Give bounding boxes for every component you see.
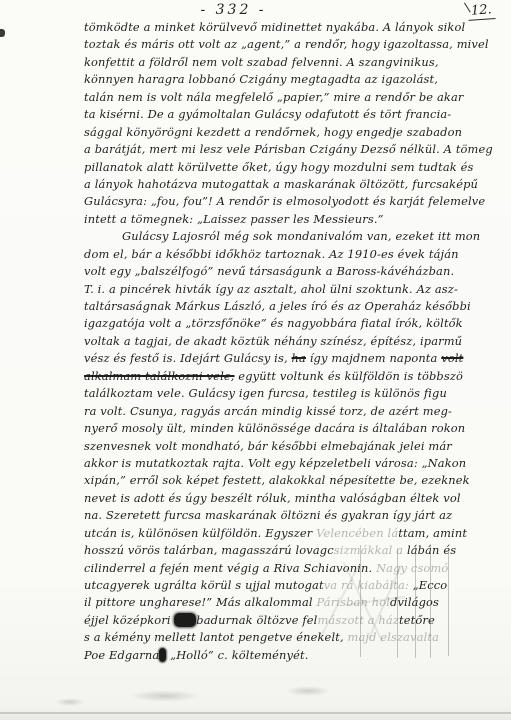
manuscript-page: - 332 - 12. tömködte a minket körülvevő … bbox=[0, 0, 511, 720]
manuscript-line: nevet is adott és úgy beszélt róluk, min… bbox=[84, 490, 511, 507]
manuscript-line: Poe Edgarnak „Holló” c. költeményét. bbox=[84, 647, 511, 664]
manuscript-segment: talán nem is volt nála megfelelő „papier… bbox=[84, 90, 463, 104]
manuscript-line: vész és festő is. Idejárt Gulácsy is, ha… bbox=[84, 350, 511, 367]
manuscript-segment: éjjel középkori bbox=[84, 613, 174, 627]
manuscript-line: találkoztam vele. Gulácsy igen furcsa, t… bbox=[84, 385, 511, 402]
manuscript-segment: konfettit a földről nem volt szabad felv… bbox=[84, 55, 439, 69]
manuscript-line: hosszú vörös talárban, magasszárú lovagc… bbox=[84, 542, 511, 559]
manuscript-segment: vész és festő is. Idejárt Gulácsy is, bbox=[84, 351, 292, 365]
manuscript-line: il pittore ungharese!” Más alkalommal Pá… bbox=[84, 594, 511, 611]
manuscript-segment-faded: sizmákkal a bbox=[334, 543, 403, 557]
manuscript-line: ra volt. Csunya, ragyás arcán mindig kis… bbox=[84, 403, 511, 420]
manuscript-line: alkalmam találkozni vele, együtt voltunk… bbox=[84, 368, 511, 385]
manuscript-line: voltak a tagjai, de akadt köztük néhány … bbox=[84, 333, 511, 350]
manuscript-line: könnyen haragra lobbanó Czigány megtagad… bbox=[84, 71, 511, 88]
manuscript-segment: nevet is adott és úgy beszélt róluk, min… bbox=[84, 491, 461, 505]
manuscript-segment: ttam, amint bbox=[398, 526, 467, 540]
manuscript-segment-faded: Nagy csomó bbox=[376, 561, 448, 575]
manuscript-line: szenvesnek volt mondható, bár későbbi el… bbox=[84, 438, 511, 455]
ink-smudge bbox=[55, 698, 85, 706]
scan-edge bbox=[0, 712, 511, 714]
manuscript-segment: utcagyerek ugrálta körül s ujjal mutogat bbox=[84, 578, 324, 592]
manuscript-segment: a lányok hahotázva mutogattak a maskarán… bbox=[84, 177, 478, 191]
manuscript-body: tömködte a minket körülvevő midinettet n… bbox=[0, 19, 511, 664]
manuscript-segment: így majdnem naponta bbox=[306, 351, 441, 365]
manuscript-line: a barátját, mert mi lesz vele Párisban C… bbox=[84, 141, 511, 158]
manuscript-segment: T. i. a pincérek hivták így az asztalt, … bbox=[84, 282, 458, 296]
manuscript-segment: akkor is mutatkoztak rajta. Volt egy kép… bbox=[84, 456, 466, 470]
manuscript-segment-strike: ha bbox=[292, 351, 306, 365]
manuscript-segment-faded: Velencében lá bbox=[316, 526, 398, 540]
manuscript-segment: voltak a tagjai, de akadt köztük néhány … bbox=[84, 334, 462, 348]
manuscript-line: tömködte a minket körülvevő midinettet n… bbox=[84, 19, 511, 36]
manuscript-line: sággal könyörögni kezdett a rendőrnek, h… bbox=[84, 124, 511, 141]
manuscript-line: T. i. a pincérek hivták így az asztalt, … bbox=[84, 281, 511, 298]
manuscript-segment: xipán,” erről sok képet festett, alakokk… bbox=[84, 473, 470, 487]
manuscript-segment: együtt voltunk és külföldön is többszö bbox=[235, 369, 464, 383]
manuscript-segment-strike: alkalmam találkozni vele, bbox=[84, 369, 235, 383]
manuscript-segment: s a kémény mellett lantot pengetve éneke… bbox=[84, 630, 348, 644]
manuscript-line: nyerő mosoly ült, minden különössége dac… bbox=[84, 420, 511, 437]
manuscript-segment: Poe Edgarna bbox=[84, 648, 159, 662]
manuscript-segment: il pittore ungharese!” Más alkalommal bbox=[84, 595, 316, 609]
manuscript-segment: toztak és máris ott volt az „agent,” a r… bbox=[84, 37, 489, 51]
manuscript-line: igazgatója volt a „törzsfőnöke” és nagyo… bbox=[84, 315, 511, 332]
manuscript-line: intett a tömegnek: „Laissez passer les M… bbox=[84, 211, 511, 228]
manuscript-line: talán nem is volt nála megfelelő „papier… bbox=[84, 89, 511, 106]
manuscript-segment: hosszú vörös talárban, magasszárú lovagc bbox=[84, 543, 334, 557]
manuscript-segment: könnyen haragra lobbanó Czigány megtagad… bbox=[84, 72, 438, 86]
manuscript-line: akkor is mutatkoztak rajta. Volt egy kép… bbox=[84, 455, 511, 472]
manuscript-segment: cilinderrel a fején ment végig a Riva Sc… bbox=[84, 561, 376, 575]
manuscript-segment: utcán is, különösen külföldön. Egyszer bbox=[84, 526, 316, 540]
manuscript-segment: pillanatok alatt körülvette őket, úgy ho… bbox=[84, 160, 474, 174]
fold-line bbox=[448, 548, 449, 656]
manuscript-line: ta kisérni. De a gyámoltalan Gulácsy oda… bbox=[84, 106, 511, 123]
manuscript-line: volt egy „balszélfogó” nevű társaságunk … bbox=[84, 263, 511, 280]
page-number-center: - 332 - bbox=[0, 2, 489, 18]
manuscript-segment: szenvesnek volt mondható, bár későbbi el… bbox=[84, 439, 452, 453]
manuscript-line: na. Szeretett furcsa maskarának öltözni … bbox=[84, 507, 511, 524]
manuscript-segment: igazgatója volt a „törzsfőnöke” és nagyo… bbox=[84, 316, 463, 330]
ink-smudge bbox=[285, 686, 331, 696]
manuscript-line: konfettit a földről nem volt szabad felv… bbox=[84, 54, 511, 71]
manuscript-line: pillanatok alatt körülvette őket, úgy ho… bbox=[84, 159, 511, 176]
manuscript-line: Gulácsyra: „fou, fou”! A rendőr is elmos… bbox=[84, 193, 511, 210]
manuscript-line: s a kémény mellett lantot pengetve éneke… bbox=[84, 629, 511, 646]
manuscript-segment: ta kisérni. De a gyámoltalan Gulácsy oda… bbox=[84, 107, 451, 121]
fold-line bbox=[397, 548, 398, 658]
manuscript-line: éjjel középkori trubadurnak öltözve felm… bbox=[84, 612, 511, 629]
manuscript-segment: ra volt. Csunya, ragyás arcán mindig kis… bbox=[84, 404, 452, 418]
manuscript-segment: sággal könyörögni kezdett a rendőrnek, h… bbox=[84, 125, 462, 139]
manuscript-line: dom el, bár a későbbi időkhöz tartoznak.… bbox=[84, 246, 511, 263]
manuscript-segment-faded: majd elszavalta bbox=[348, 630, 440, 644]
manuscript-segment: badurnak öltözve fel bbox=[196, 613, 317, 627]
manuscript-segment: találkoztam vele. Gulácsy igen furcsa, t… bbox=[84, 386, 447, 400]
manuscript-segment: dom el, bár a későbbi időkhöz tartoznak.… bbox=[84, 247, 459, 261]
manuscript-segment: tömködte a minket körülvevő midinettet n… bbox=[84, 20, 465, 34]
manuscript-segment: a barátját, mert mi lesz vele Párisban C… bbox=[84, 142, 493, 156]
manuscript-segment: nyerő mosoly ült, minden különössége dac… bbox=[84, 421, 465, 435]
manuscript-line: cilinderrel a fején ment végig a Riva Sc… bbox=[84, 560, 511, 577]
manuscript-segment-strike: volt bbox=[441, 351, 463, 365]
manuscript-segment: na. Szeretett furcsa maskarának öltözni … bbox=[84, 508, 452, 522]
ink-smudge bbox=[130, 690, 200, 702]
manuscript-segment: taltársaságnak Márkus László, a jeles ír… bbox=[84, 299, 471, 313]
manuscript-segment: intett a tömegnek: „Laissez passer les M… bbox=[84, 212, 384, 226]
manuscript-segment-blot: tru bbox=[174, 613, 196, 627]
manuscript-segment: Gulácsy Lajosról még sok mondanivalóm va… bbox=[122, 229, 480, 243]
manuscript-line: xipán,” erről sok képet festett, alakokk… bbox=[84, 472, 511, 489]
manuscript-segment: „Holló” c. költeményét. bbox=[166, 648, 308, 662]
fold-line bbox=[430, 545, 431, 658]
fold-line bbox=[415, 546, 416, 658]
manuscript-segment: Gulácsyra: „fou, fou”! A rendőr is elmos… bbox=[84, 194, 485, 208]
manuscript-segment: volt egy „balszélfogó” nevű társaságunk … bbox=[84, 264, 454, 278]
manuscript-line: utcán is, különösen külföldön. Egyszer V… bbox=[84, 525, 511, 542]
edge-speck bbox=[0, 29, 5, 37]
manuscript-line: a lányok hahotázva mutogattak a maskarán… bbox=[84, 176, 511, 193]
manuscript-line: Gulácsy Lajosról még sok mondanivalóm va… bbox=[84, 228, 511, 245]
manuscript-line: utcagyerek ugrálta körül s ujjal mutogat… bbox=[84, 577, 511, 594]
manuscript-line: taltársaságnak Márkus László, a jeles ír… bbox=[84, 298, 511, 315]
manuscript-line: toztak és máris ott volt az „agent,” a r… bbox=[84, 36, 511, 53]
